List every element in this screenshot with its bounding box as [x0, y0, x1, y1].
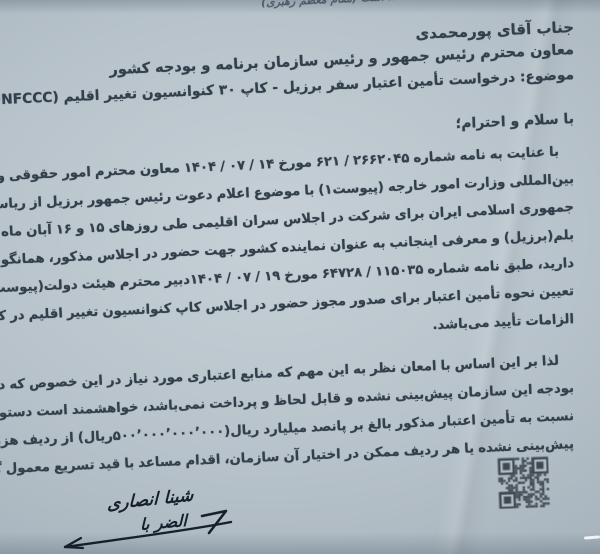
scanned-letter: … است (مقام معظم رهبری) جناب آقای پورمحم…: [0, 0, 600, 554]
signature-block: شینا انصاری الضر با: [45, 470, 275, 554]
paragraph-2: لذا بر این اساس با امعان نظر به این مهم …: [34, 347, 574, 459]
letter-body: جناب آقای پورمحمدی معاون محترم رئیس جمهو…: [34, 16, 574, 459]
paragraph-1: با عنایت به نامه شماره ۲۶۶۲۰۴۵ / ۶۲۱ مور…: [34, 138, 574, 334]
qr-code: [496, 455, 552, 511]
scan-artifact-line: [584, 535, 600, 539]
signature-scribble: [45, 470, 275, 554]
